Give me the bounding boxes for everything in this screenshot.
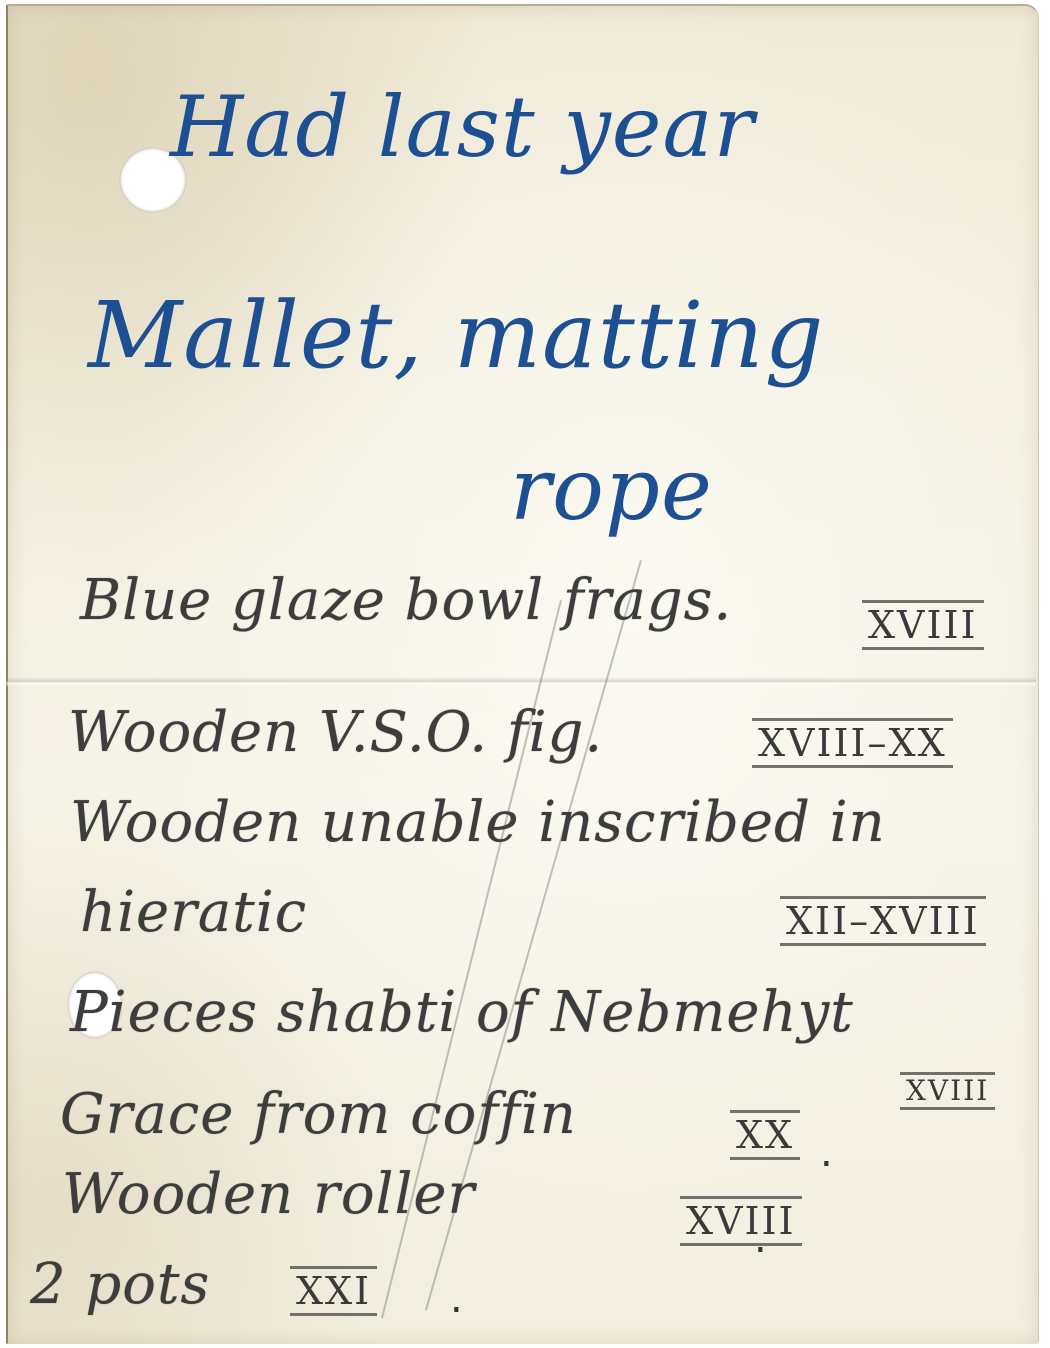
list-item: Grace from coffin [60, 1082, 577, 1147]
fold-crease [6, 677, 1036, 687]
scanned-document: Had last year Mallet, matting rope Blue … [0, 0, 1050, 1348]
ink-items-line-1: Mallet, matting [88, 282, 824, 389]
dynasty-ref: XXI [290, 1266, 377, 1316]
dynasty-ref: XVIII [680, 1196, 802, 1246]
dynasty-ref: XII–XVIII [780, 896, 986, 946]
period-mark: . [820, 1130, 833, 1176]
ink-items-line-2: rope [510, 440, 713, 540]
dynasty-ref: XVIII [862, 600, 984, 650]
list-item: Wooden roller [62, 1162, 475, 1227]
list-item: Wooden unable inscribed in [70, 790, 886, 855]
ink-heading: Had last year [170, 78, 755, 176]
list-item: 2 pots [30, 1252, 210, 1317]
dynasty-ref: XX [730, 1110, 800, 1160]
list-item: Blue glaze bowl frags. [80, 568, 732, 633]
period-mark: . [450, 1276, 463, 1322]
list-item: Wooden V.S.O. fig. [68, 700, 603, 765]
dynasty-ref: XVIII–XX [752, 718, 953, 768]
dynasty-ref: XVIII [900, 1072, 995, 1110]
list-item: Pieces shabti of Nebmehyt [70, 980, 854, 1045]
period-mark: . [754, 1216, 767, 1262]
list-item: hieratic [80, 880, 307, 945]
